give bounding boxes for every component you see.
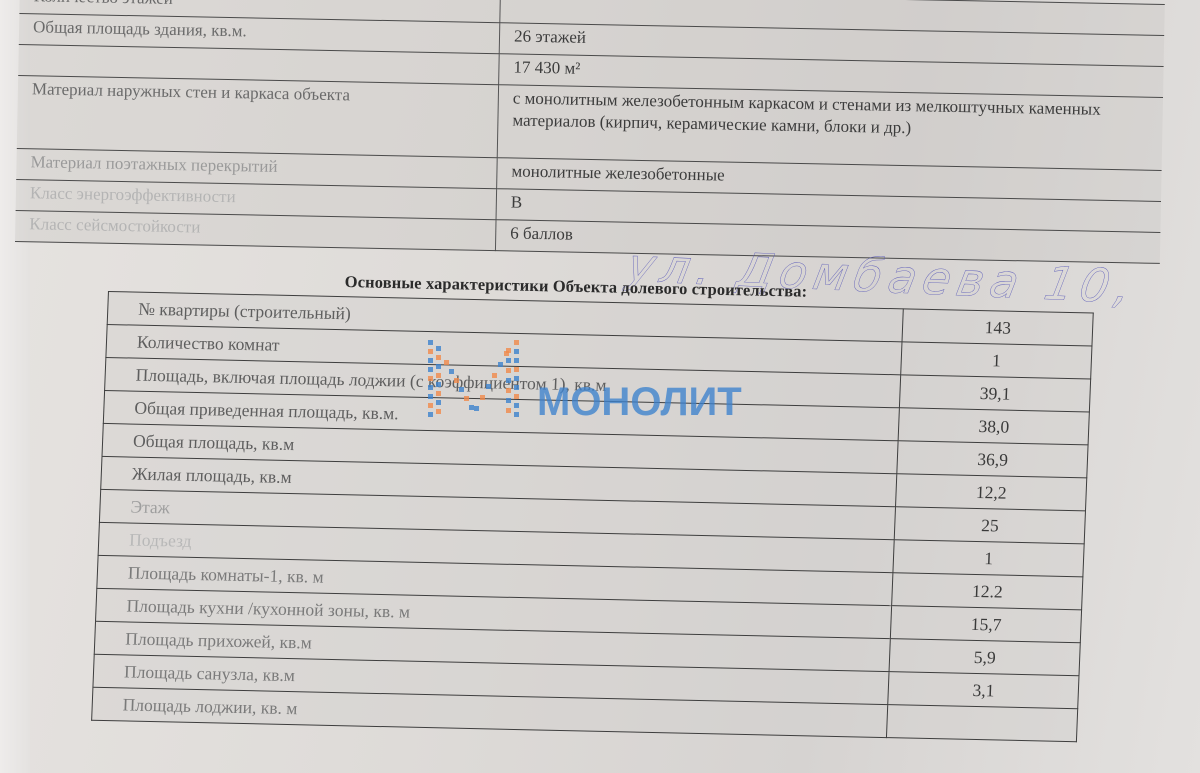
row-value: 39,1 — [900, 375, 1091, 412]
document-page: Количество этажей Общая площадь здания, … — [0, 0, 1200, 773]
row-value: 1 — [893, 540, 1084, 577]
apartment-characteristics-table: № квартиры (строительный) 143 Количество… — [91, 291, 1094, 742]
row-value: 5,9 — [889, 639, 1080, 676]
row-value — [887, 705, 1078, 742]
row-value: 38,0 — [898, 408, 1089, 445]
row-label: Материал наружных стен и каркаса объекта — [17, 75, 499, 157]
row-value: 143 — [902, 309, 1093, 346]
row-value: 1 — [901, 342, 1092, 379]
row-value: 3,1 — [888, 672, 1079, 709]
row-value: 25 — [895, 507, 1086, 544]
building-characteristics-table: Количество этажей Общая площадь здания, … — [15, 0, 1165, 264]
row-value: 12.2 — [892, 573, 1083, 610]
row-value: 15,7 — [891, 606, 1082, 643]
row-value: с монолитным железобетонным каркасом и с… — [497, 85, 1163, 171]
row-value: 12,2 — [896, 474, 1087, 511]
row-value: 36,9 — [897, 441, 1088, 478]
